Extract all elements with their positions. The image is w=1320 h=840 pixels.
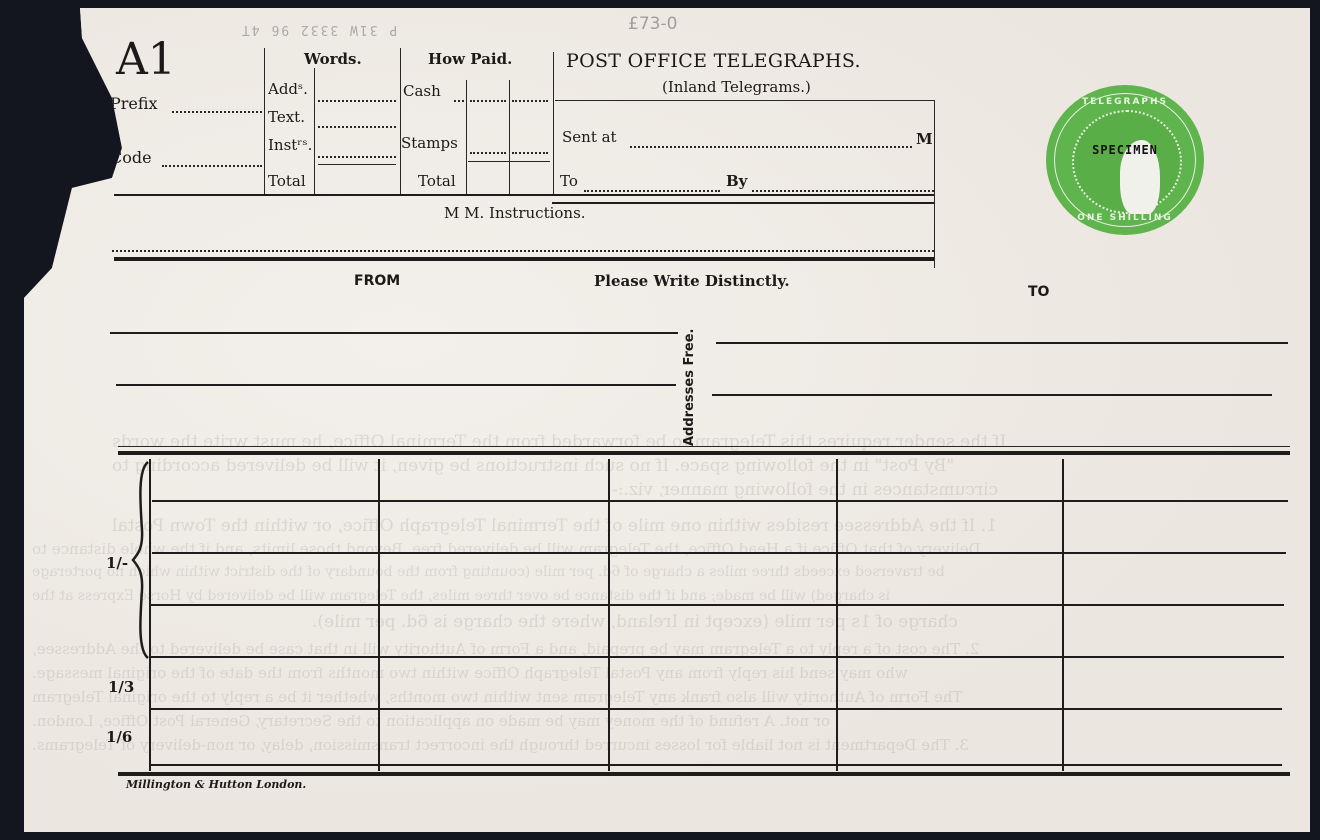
stamps-pounds-field[interactable] xyxy=(470,152,506,154)
message-line-4[interactable] xyxy=(150,656,1284,658)
bleed-line: who may send his reply from any Postal T… xyxy=(32,664,908,682)
printer-imprint: Millington & Hutton London. xyxy=(126,778,306,791)
bleed-line: 3. The Department is not liable for loss… xyxy=(32,736,969,754)
how-paid-total-label: Total xyxy=(418,172,456,190)
code-field[interactable] xyxy=(162,165,262,167)
table-column-divider xyxy=(608,459,610,771)
to-address-label: TO xyxy=(1028,284,1049,300)
bleed-line: be traversed exceeds three miles a charg… xyxy=(32,564,945,580)
stamps-label: Stamps xyxy=(401,134,458,152)
rate-brace-icon xyxy=(130,460,152,660)
message-table-top-rule xyxy=(118,451,1290,455)
table-column-divider xyxy=(836,459,838,771)
bleed-line: is charged) will be made; and if the dis… xyxy=(32,588,890,604)
bleed-line: or not. A refund of the money may be mad… xyxy=(32,712,830,730)
how-paid-divider xyxy=(509,80,510,194)
how-paid-divider xyxy=(466,80,467,194)
cash-leader xyxy=(454,100,464,102)
to-address-line-2[interactable] xyxy=(712,394,1272,396)
rate-label-1s6d: 1/6 xyxy=(106,728,132,746)
from-address-line-1[interactable] xyxy=(110,332,678,334)
rate-label-1s3d: 1/3 xyxy=(108,678,134,696)
stamp-overprint: SPECIMEN xyxy=(1046,143,1204,157)
by-label: By xyxy=(726,172,747,190)
to-label: To xyxy=(560,172,578,190)
words-instrs-field[interactable] xyxy=(318,156,396,158)
message-table-bottom-rule xyxy=(118,772,1290,776)
how-paid-total-rule xyxy=(468,161,550,162)
message-line-1[interactable] xyxy=(152,500,1288,502)
stamp-bottom-text: ONE SHILLING xyxy=(1046,213,1204,223)
sent-at-meridiem: M xyxy=(916,130,933,148)
form-title: POST OFFICE TELEGRAPHS. xyxy=(566,50,861,72)
message-line-5[interactable] xyxy=(150,708,1282,710)
table-column-divider xyxy=(1062,459,1064,771)
by-field[interactable] xyxy=(752,190,934,192)
mm-instructions-label: M M. Instructions. xyxy=(444,204,586,222)
addresses-free-label: Addresses Free. xyxy=(682,329,697,447)
words-text-field[interactable] xyxy=(318,126,396,128)
words-instrs-label: Instʳˢ. xyxy=(268,136,312,154)
words-adds-label: Addˢ. xyxy=(268,80,308,98)
prefix-field[interactable] xyxy=(172,111,262,113)
stamps-shillings-field[interactable] xyxy=(512,152,548,154)
words-total-rule xyxy=(318,164,396,165)
bleed-line: "By Post" in the following space. If no … xyxy=(112,456,954,476)
message-line-6[interactable] xyxy=(150,764,1282,766)
form-subtitle: (Inland Telegrams.) xyxy=(662,78,811,96)
title-rule xyxy=(555,100,935,101)
words-text-label: Text. xyxy=(268,108,305,126)
words-left-border xyxy=(264,48,265,194)
top-section-rule-right xyxy=(552,202,934,204)
words-divider xyxy=(314,68,315,194)
cash-shillings-field[interactable] xyxy=(512,100,548,102)
bleed-line: circumstances in the following manner, v… xyxy=(612,480,998,500)
message-line-2[interactable] xyxy=(152,552,1286,554)
title-right-border xyxy=(934,100,935,268)
sent-at-label: Sent at xyxy=(562,128,617,146)
bleed-line: The Form of Authority will also frank an… xyxy=(32,688,963,706)
pencil-note-price: £73-0 xyxy=(628,14,677,34)
how-paid-left-border xyxy=(400,48,401,194)
telegram-form-sheet: If the sender requires this Telegram to … xyxy=(12,8,1310,832)
from-label: FROM xyxy=(354,273,400,289)
how-paid-header: How Paid. xyxy=(428,50,512,68)
words-total-label: Total xyxy=(268,172,306,190)
stamp-inner-circle xyxy=(1072,110,1182,214)
pencil-note-reference: P 31W 3332 96 4T xyxy=(240,22,397,37)
words-adds-field[interactable] xyxy=(318,100,396,102)
code-label: Code xyxy=(110,148,152,167)
message-line-3[interactable] xyxy=(150,604,1284,606)
bleed-line: Delivery of that Office if a Head Office… xyxy=(32,540,981,558)
bleed-line: 1. If the Addressee resides within one m… xyxy=(112,516,997,536)
embossed-stamp: TELEGRAPHS SPECIMEN ONE SHILLING xyxy=(1046,85,1204,235)
mm-instructions-field[interactable] xyxy=(112,250,934,252)
cash-pounds-field[interactable] xyxy=(470,100,506,102)
form-code: A1 xyxy=(116,38,176,82)
bleed-line: If the sender requires this Telegram to … xyxy=(112,432,1006,452)
words-header: Words. xyxy=(304,50,362,68)
cash-label: Cash xyxy=(403,82,441,100)
from-address-line-2[interactable] xyxy=(116,384,676,386)
top-section-rule xyxy=(114,194,934,196)
instructions-rule xyxy=(114,257,934,261)
to-field[interactable] xyxy=(584,190,720,192)
title-left-border xyxy=(553,52,554,194)
prefix-label: Prefix xyxy=(110,94,158,113)
to-address-line-1[interactable] xyxy=(716,342,1288,344)
write-distinctly-label: Please Write Distinctly. xyxy=(594,272,790,290)
bleed-line: charge of 1s per mile (except in Ireland… xyxy=(312,612,958,632)
table-column-divider xyxy=(378,459,380,771)
rate-label-1s: 1/- xyxy=(106,554,128,572)
stamp-top-text: TELEGRAPHS xyxy=(1046,97,1204,107)
message-table-top-rule-thin xyxy=(118,446,1290,447)
sent-at-field[interactable] xyxy=(630,146,912,148)
